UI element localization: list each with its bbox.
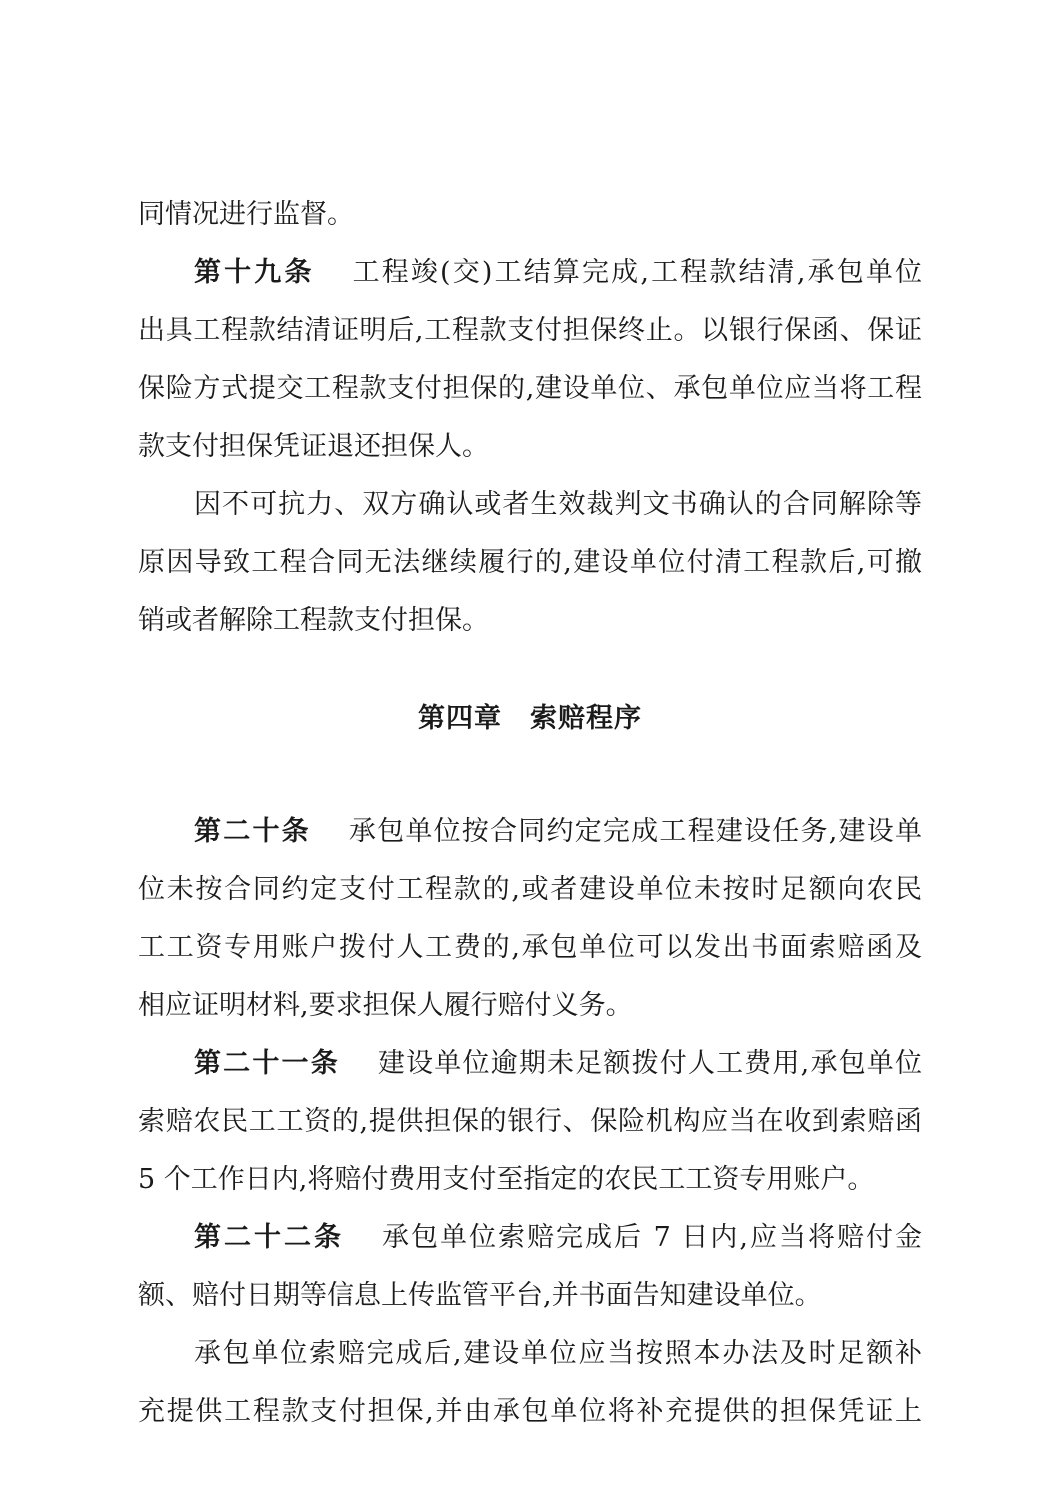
- text-line: 工程竣(交)工结算完成,工程款结清,承包单位: [353, 257, 922, 288]
- article-label: 第二十二条: [194, 1222, 344, 1253]
- text-line: 承包单位索赔完成后 7 日内,应当将赔付金: [382, 1222, 922, 1253]
- article-21: 第二十一条建设单位逾期未足额拨付人工费用,承包单位 索赔农民工工资的,提供担保的…: [138, 1035, 922, 1209]
- text-line: 建设单位逾期未足额拨付人工费用,承包单位: [378, 1048, 922, 1079]
- paragraph-supplement: 承包单位索赔完成后,建设单位应当按照本办法及时足额补 充提供工程款支付担保,并由…: [138, 1325, 922, 1441]
- chapter-title: 索赔程序: [530, 703, 642, 734]
- chapter-heading: 第四章索赔程序: [138, 690, 922, 748]
- text-line: 保险方式提交工程款支付担保的,建设单位、承包单位应当将工程: [138, 360, 922, 418]
- text-line: 同情况进行监督。: [138, 186, 922, 244]
- text-line: 索赔农民工工资的,提供担保的银行、保险机构应当在收到索赔函: [138, 1093, 922, 1151]
- text-line: 出具工程款结清证明后,工程款支付担保终止。以银行保函、保证: [138, 302, 922, 360]
- text-line: 位未按合同约定支付工程款的,或者建设单位未按时足额向农民: [138, 861, 922, 919]
- text-line: 承包单位索赔完成后,建设单位应当按照本办法及时足额补: [138, 1325, 922, 1383]
- text-line: 销或者解除工程款支付担保。: [138, 592, 922, 650]
- article-label: 第二十条: [194, 816, 311, 847]
- text-line: 5 个工作日内,将赔付费用支付至指定的农民工工资专用账户。: [138, 1151, 922, 1209]
- article-label: 第十九条: [194, 257, 315, 288]
- text-line: 因不可抗力、双方确认或者生效裁判文书确认的合同解除等: [138, 476, 922, 534]
- paragraph-continued: 同情况进行监督。: [138, 186, 922, 244]
- text-line: 原因导致工程合同无法继续履行的,建设单位付清工程款后,可撤: [138, 534, 922, 592]
- text-line: 承包单位按合同约定完成工程建设任务,建设单: [349, 816, 922, 847]
- article-label: 第二十一条: [194, 1048, 340, 1079]
- text-line: 工工资专用账户拨付人工费的,承包单位可以发出书面索赔函及: [138, 919, 922, 977]
- text-line: 充提供工程款支付担保,并由承包单位将补充提供的担保凭证上: [138, 1383, 922, 1441]
- article-22: 第二十二条承包单位索赔完成后 7 日内,应当将赔付金 额、赔付日期等信息上传监管…: [138, 1209, 922, 1325]
- document-page: 同情况进行监督。 第十九条工程竣(交)工结算完成,工程款结清,承包单位 出具工程…: [138, 186, 922, 1441]
- text-line: 相应证明材料,要求担保人履行赔付义务。: [138, 977, 922, 1035]
- article-19: 第十九条工程竣(交)工结算完成,工程款结清,承包单位 出具工程款结清证明后,工程…: [138, 244, 922, 476]
- text-line: 款支付担保凭证退还担保人。: [138, 418, 922, 476]
- text-line: 额、赔付日期等信息上传监管平台,并书面告知建设单位。: [138, 1267, 922, 1325]
- article-20: 第二十条承包单位按合同约定完成工程建设任务,建设单 位未按合同约定支付工程款的,…: [138, 803, 922, 1035]
- chapter-number: 第四章: [418, 703, 502, 734]
- paragraph-termination: 因不可抗力、双方确认或者生效裁判文书确认的合同解除等 原因导致工程合同无法继续履…: [138, 476, 922, 650]
